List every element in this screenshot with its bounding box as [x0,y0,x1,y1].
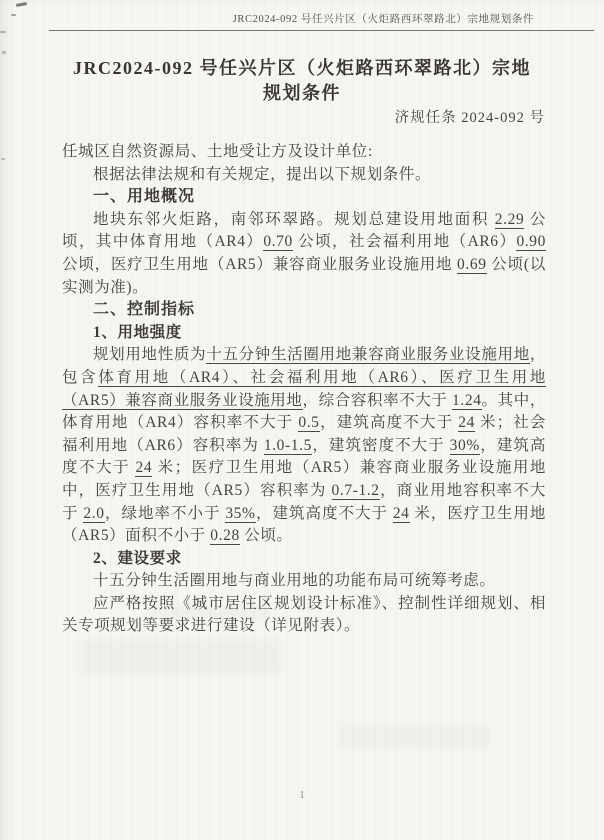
underlined-value: 24 [458,414,475,432]
document-body: 任城区自然资源局、土地受让方及设计单位:根据法律法规和有关规定，提出以下规划条件… [62,141,546,638]
text-segment: 应严格按照《城市居住区规划设计标准》、控制性详细规划、相关专项规划等要求进行建设… [62,595,546,635]
text-segment: ，综合容积率不大于 [303,392,452,409]
text-segment: 2、建设要求 [93,550,182,567]
underlined-value: 1.0-1.5 [264,437,312,455]
header-note: JRC2024-092 号任兴片区（火炬路西环翠路北）宗地规划条件 [233,11,534,26]
text-segment: 公顷。 [240,527,293,544]
underlined-value: 24 [135,459,152,477]
scan-artifact [0,31,6,33]
paragraph: 应严格按照《城市居住区规划设计标准》、控制性详细规划、相关专项规划等要求进行建设… [62,593,546,638]
underlined-value: 0.5 [298,414,319,432]
underlined-value: 2.29 [495,211,525,229]
text-segment: 公顷，医疗卫生用地（AR5）兼容商业服务业设施用地 [62,256,457,273]
text-segment: ，建筑高度不大于 [320,414,459,431]
paragraph: 地块东邻火炬路，南邻环翠路。规划总建设用地面积 2.29 公顷，其中体育用地（A… [62,209,546,299]
scan-artifact [16,2,27,7]
sub-heading: 2、建设要求 [62,548,546,571]
document-number: 济规任条 2024-092 号 [395,106,545,127]
text-segment: 二、控制指标 [93,301,195,318]
underlined-value: 2.0 [83,505,104,523]
text-segment: ，绿地率不小于 [105,505,226,522]
text-segment: 根据法律法规和有关规定，提出以下规划条件。 [93,166,431,183]
scanned-document-page: JRC2024-092 号任兴片区（火炬路西环翠路北）宗地规划条件 JRC202… [0,0,604,840]
paragraph: 规划用地性质为十五分钟生活圈用地兼容商业服务业设施用地，包含体育用地（AR4）、… [62,344,546,547]
underlined-value: 24 [393,505,410,523]
text-segment: ，建筑密度不大于 [312,437,450,454]
bleed-through-artifact [340,726,490,748]
document-title: JRC2024-092 号任兴片区（火炬路西环翠路北）宗地 规划条件 [40,56,564,106]
text-segment: 公顷，社会福利用地（AR6） [293,233,517,250]
document-title-line2: 规划条件 [40,81,564,106]
text-segment: 一、用地概况 [93,188,195,205]
underlined-value: 0.7-1.2 [332,482,380,500]
section-heading: 二、控制指标 [62,299,546,322]
underlined-value: 0.28 [210,527,240,545]
underlined-value: 0.69 [457,256,487,274]
underlined-value: 1.24 [452,392,482,410]
salutation-line: 任城区自然资源局、土地受让方及设计单位: [62,141,546,164]
section-heading: 一、用地概况 [62,186,546,209]
bleed-through-artifact [80,640,280,674]
underlined-value: 0.70 [263,233,293,251]
scan-artifact [1,158,5,160]
scan-artifact [2,51,6,54]
underlined-value: 30% [450,437,480,455]
text-segment: ，建筑高度不大于 [256,505,393,522]
text-segment: 十五分钟生活圈用地与商业用地的功能布局可统筹考虑。 [93,572,496,589]
header-divider [49,30,594,31]
document-title-line1: JRC2024-092 号任兴片区（火炬路西环翠路北）宗地 [40,56,564,81]
underlined-value: 35% [225,505,255,523]
sub-heading: 1、用地强度 [62,322,546,345]
text-segment: 1、用地强度 [93,324,182,341]
text-segment: 任城区自然资源局、土地受让方及设计单位: [62,143,373,160]
text-segment: 地块东邻火炬路，南邻环翠路。规划总建设用地面积 [93,211,495,228]
text-segment: 规划用地性质为 [93,346,206,363]
page-number: 1 [0,789,604,801]
underlined-value: 十五分钟生活圈用地兼容商业服务业设施用地 [206,346,530,364]
scan-artifact [11,14,16,16]
underlined-value: 0.90 [516,233,546,251]
paragraph: 根据法律法规和有关规定，提出以下规划条件。 [62,164,546,187]
paragraph: 十五分钟生活圈用地与商业用地的功能布局可统筹考虑。 [62,570,546,593]
